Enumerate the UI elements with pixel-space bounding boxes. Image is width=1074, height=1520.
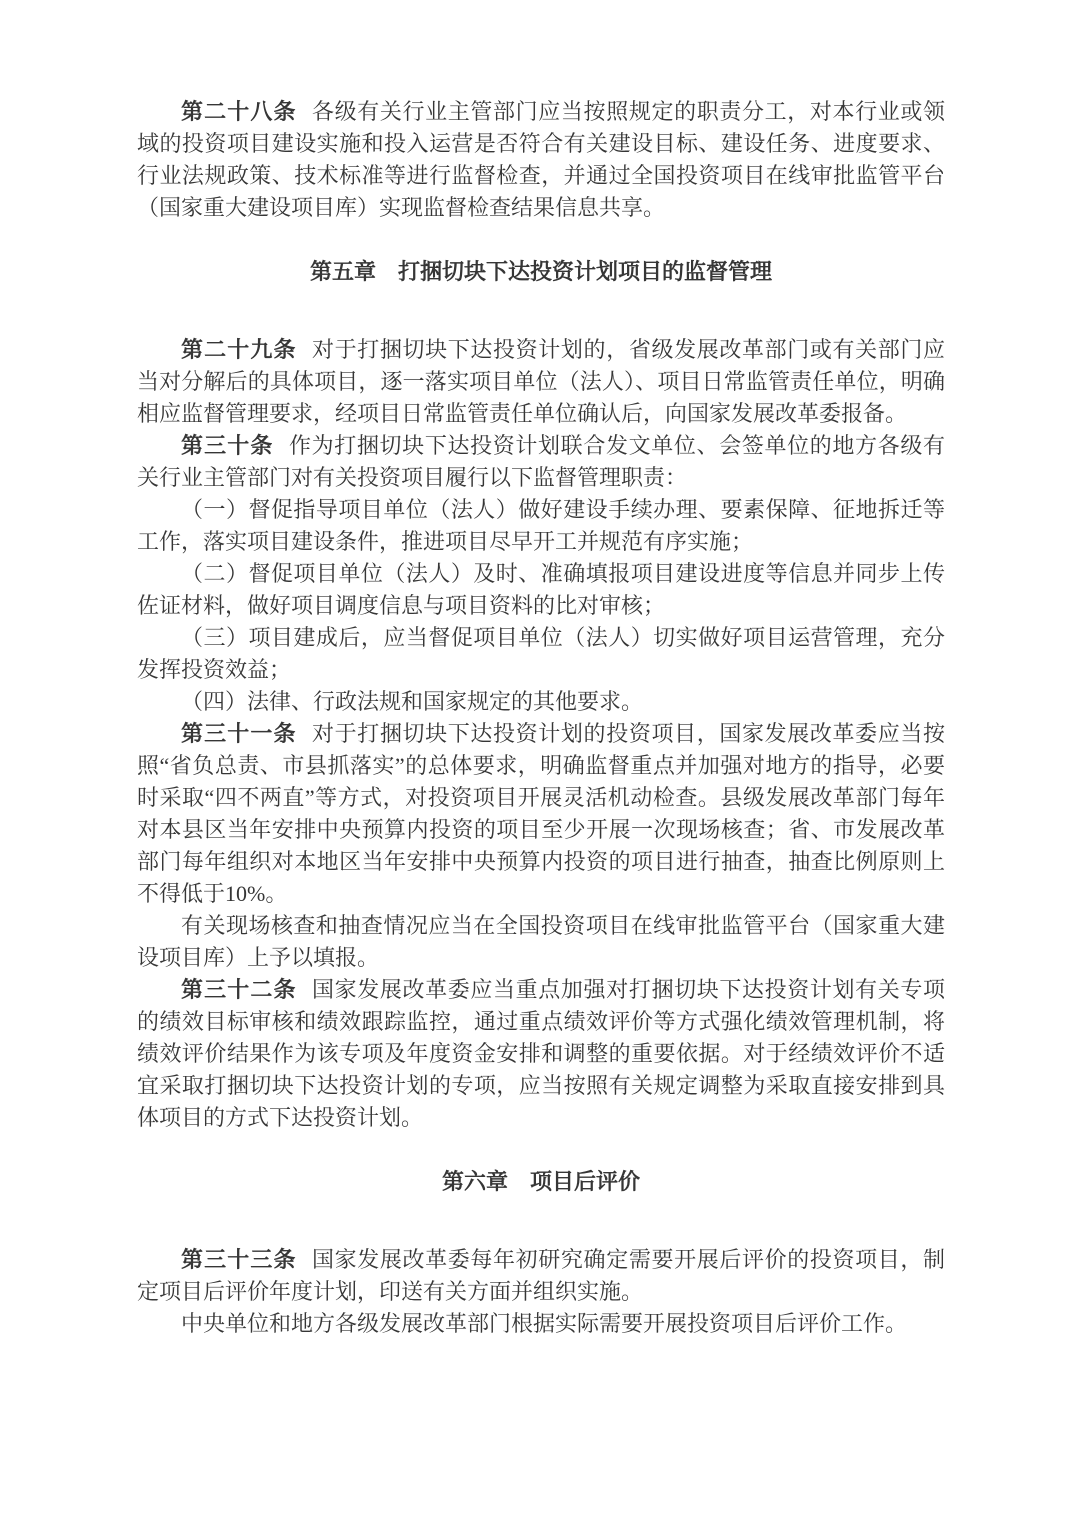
paragraph: （一）督促指导项目单位（法人）做好建设手续办理、要素保障、征地拆迁等工作，落实项…: [137, 494, 945, 558]
article-number: 第三十三条: [181, 1247, 297, 1272]
document-page: { "page": { "background_color": "#ffffff…: [0, 0, 1074, 1520]
paragraph: 第二十九条对于打捆切块下达投资计划的，省级发展改革部门或有关部门应当对分解后的具…: [137, 334, 945, 430]
paragraph: 中央单位和地方各级发展改革部门根据实际需要开展投资项目后评价工作。: [137, 1308, 945, 1340]
article-number: 第三十二条: [181, 977, 297, 1002]
article-text: 对于打捆切块下达投资计划的投资项目，国家发展改革委应当按照“省负总责、市县抓落实…: [137, 721, 945, 906]
article-number: 第三十条: [181, 433, 274, 458]
paragraph: 第二十八条各级有关行业主管部门应当按照规定的职责分工，对本行业或领域的投资项目建…: [137, 96, 945, 224]
article-number: 第三十一条: [181, 721, 297, 746]
paragraph: （三）项目建成后，应当督促项目单位（法人）切实做好项目运营管理，充分发挥投资效益…: [137, 622, 945, 686]
chapter-heading: 第六章 项目后评价: [137, 1166, 945, 1198]
paragraph: 第三十三条国家发展改革委每年初研究确定需要开展后评价的投资项目，制定项目后评价年…: [137, 1244, 945, 1308]
paragraph: 第三十二条国家发展改革委应当重点加强对打捆切块下达投资计划有关专项的绩效目标审核…: [137, 974, 945, 1134]
paragraph: （二）督促项目单位（法人）及时、准确填报项目建设进度等信息并同步上传佐证材料，做…: [137, 558, 945, 622]
document-body: 第二十八条各级有关行业主管部门应当按照规定的职责分工，对本行业或领域的投资项目建…: [137, 96, 945, 1340]
paragraph: 第三十条作为打捆切块下达投资计划联合发文单位、会签单位的地方各级有关行业主管部门…: [137, 430, 945, 494]
paragraph: （四）法律、行政法规和国家规定的其他要求。: [137, 686, 945, 718]
paragraph: 第三十一条对于打捆切块下达投资计划的投资项目，国家发展改革委应当按照“省负总责、…: [137, 718, 945, 910]
paragraph: 有关现场核查和抽查情况应当在全国投资项目在线审批监管平台（国家重大建设项目库）上…: [137, 910, 945, 974]
article-number: 第二十八条: [181, 99, 297, 124]
article-number: 第二十九条: [181, 337, 297, 362]
chapter-heading: 第五章 打捆切块下达投资计划项目的监督管理: [137, 256, 945, 288]
